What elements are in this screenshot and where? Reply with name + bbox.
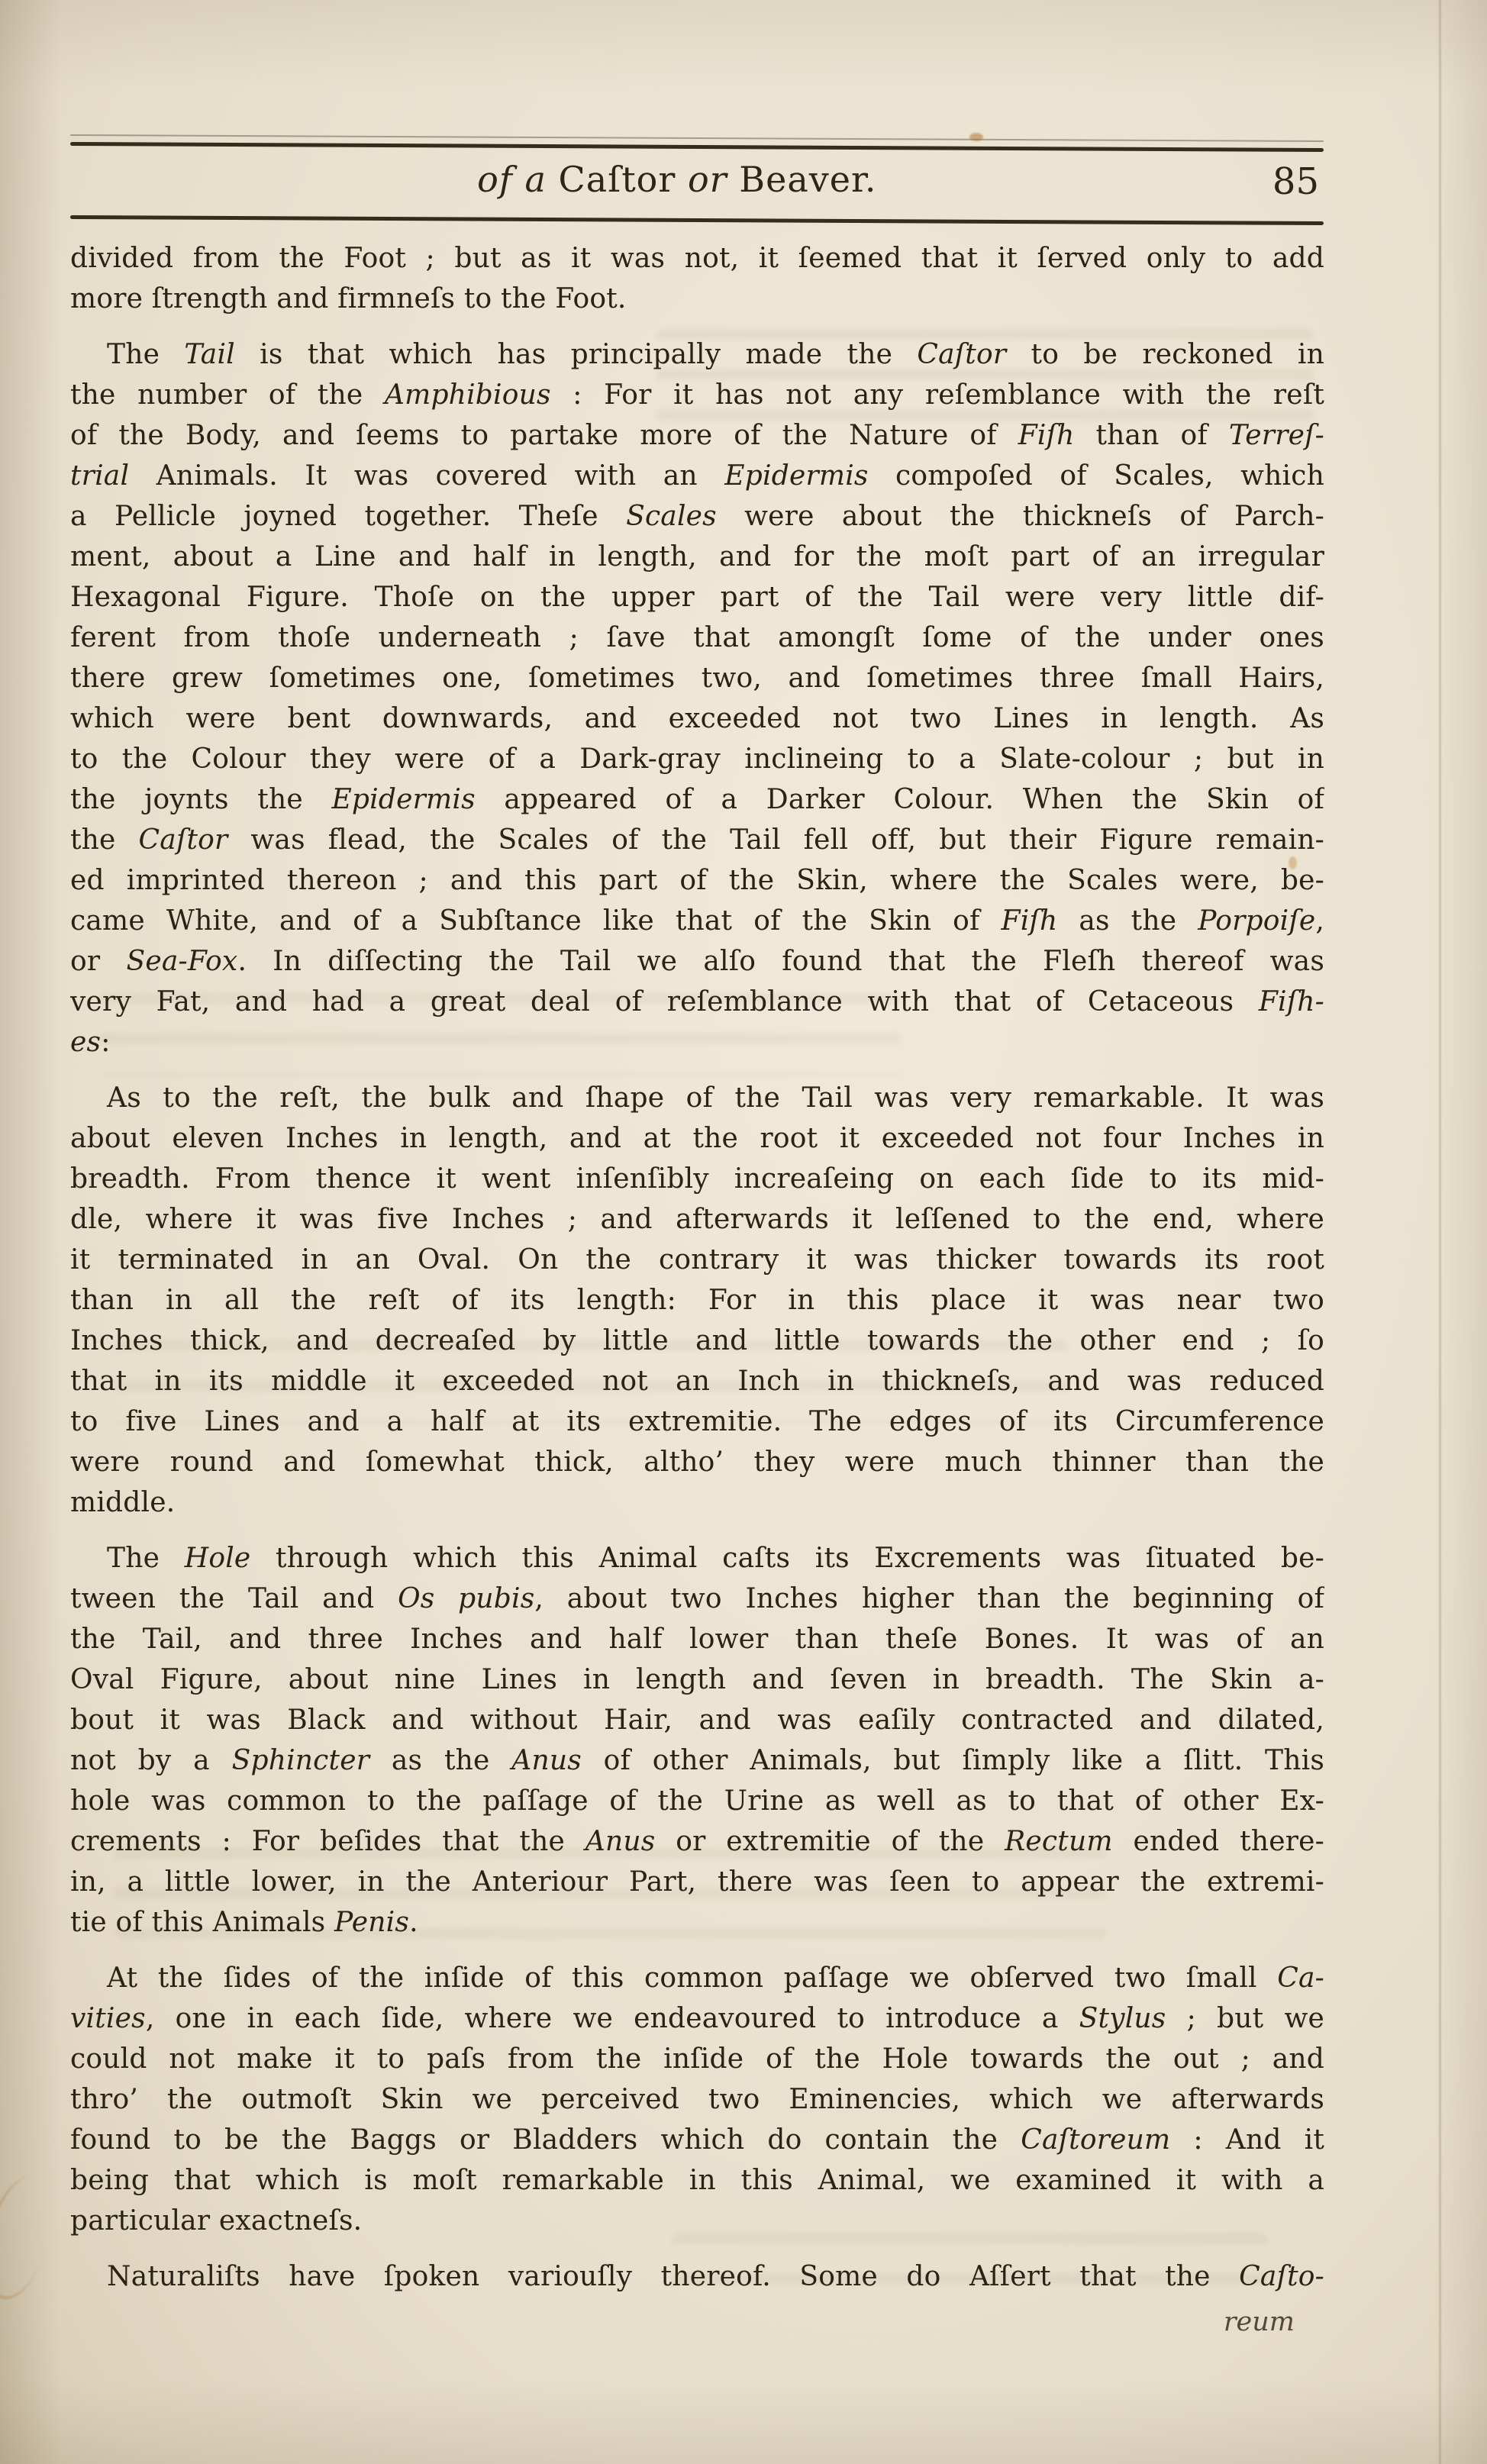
text-line: divided from the Foot ; but as it was no… <box>70 238 1324 279</box>
text-line: ment, about a Line and half in length, a… <box>70 537 1324 577</box>
text-run: not by a <box>70 1745 232 1776</box>
text-run: or extremitie of the <box>655 1826 1005 1857</box>
text-run: came White, and of a Subſtance like that… <box>70 905 1002 937</box>
text-run: Porpoiſe <box>1198 905 1315 937</box>
text-run: very Fat, and had a great deal of reſemb… <box>70 986 1259 1018</box>
text-run: about eleven Inches in length, and at th… <box>70 1123 1324 1154</box>
text-run: Sphincter <box>232 1745 370 1776</box>
text-line: being that which is moſt remarkable in t… <box>70 2160 1324 2201</box>
text-run: Scales <box>626 501 717 532</box>
text-run: Epidermis <box>724 460 868 492</box>
text-line: or Sea-Fox. In diſſecting the Tail we al… <box>70 941 1324 982</box>
text-run: as the <box>1057 905 1198 937</box>
text-run: a Pellicle joyned together. Theſe <box>70 501 626 532</box>
text-run: which were bent downwards, and exceeded … <box>70 703 1324 734</box>
text-run: Tail <box>184 339 235 370</box>
text-run: Beaver. <box>739 159 876 200</box>
text-line: At the ſides of the inſide of this commo… <box>70 1958 1324 1998</box>
text-line: Oval Figure, about nine Lines in length … <box>70 1659 1324 1700</box>
text-line: crements : For beſides that the Anus or … <box>70 1821 1324 1862</box>
text-run: vities <box>70 2003 146 2034</box>
text-line: about eleven Inches in length, and at th… <box>70 1118 1324 1159</box>
text-run: being that which is moſt remarkable in t… <box>70 2165 1324 2196</box>
text-run: to five Lines and a half at its extremit… <box>70 1406 1324 1437</box>
text-line: the joynts the Epidermis appeared of a D… <box>70 779 1324 820</box>
text-run: Os pubis <box>398 1583 534 1614</box>
text-run: the <box>70 824 139 856</box>
text-run: Hexagonal Figure. Thoſe on the upper par… <box>70 582 1324 613</box>
text-run: Fiſh <box>1018 420 1075 451</box>
text-run: of other Animals, but ſimply like a ſlit… <box>582 1745 1324 1776</box>
text-run: crements : For beſides that the <box>70 1826 585 1857</box>
text-run: is that which has principally made the <box>235 339 917 370</box>
text-run: hole was common to the paſſage of the Ur… <box>70 1785 1324 1817</box>
text-line: in, a little lower, in the Anteriour Par… <box>70 1862 1324 1902</box>
paragraph: divided from the Foot ; but as it was no… <box>70 238 1324 319</box>
text-run: the number of the <box>70 379 385 411</box>
text-line: Hexagonal Figure. Thoſe on the upper par… <box>70 577 1324 618</box>
text-line: As to the reſt, the bulk and ſhape of th… <box>70 1078 1324 1118</box>
text-run: , <box>1315 905 1324 937</box>
text-run: there grew ſometimes one, ſometimes two,… <box>70 663 1324 694</box>
text-line: dle, where it was five Inches ; and afte… <box>70 1199 1324 1240</box>
text-run: was flead, the Scales of the Tail fell o… <box>227 824 1324 856</box>
text-run: . <box>409 1907 418 1938</box>
text-run: Animals. It was covered with an <box>129 460 724 492</box>
text-line: tie of this Animals Penis. <box>70 1902 1324 1943</box>
text-line: the Tail, and three Inches and half lowe… <box>70 1619 1324 1659</box>
text-run: Fiſh <box>1002 905 1058 937</box>
text-line: vities, one in each ſide, where we endea… <box>70 1998 1324 2039</box>
text-run: compoſed of Scales, which <box>869 460 1324 492</box>
text-run: Sea-Fox <box>126 946 237 977</box>
catchword: reum <box>1224 2307 1295 2337</box>
text-line: could not make it to paſs from the inſid… <box>70 2039 1324 2079</box>
text-line: The Hole through which this Animal caſts… <box>70 1538 1324 1579</box>
text-run: tween the Tail and <box>70 1583 398 1614</box>
text-run: Caſtor <box>917 339 1006 370</box>
paragraph: At the ſides of the inſide of this commo… <box>70 1958 1324 2241</box>
text-line: the number of the Amphibious : For it ha… <box>70 375 1324 415</box>
running-head: of a Caſtor or Beaver. 85 <box>70 156 1324 209</box>
text-run: appeared of a Darker Colour. When the Sk… <box>476 784 1324 815</box>
text-line: thro’ the outmoſt Skin we perceived two … <box>70 2079 1324 2120</box>
text-run: es <box>70 1027 101 1058</box>
foxing-stain <box>969 133 983 141</box>
header-rule-top <box>70 142 1324 152</box>
text-run: in, a little lower, in the Anteriour Par… <box>70 1866 1324 1898</box>
text-line: more ſtrength and firmneſs to the Foot. <box>70 279 1324 319</box>
text-run: of a <box>477 159 558 200</box>
text-run: ed imprinted thereon ; and this part of … <box>70 865 1324 896</box>
text-run: through which this Animal caſts its Excr… <box>250 1543 1324 1574</box>
text-line: that in its middle it exceeded not an In… <box>70 1361 1324 1401</box>
text-line: Inches thick, and decreaſed by little an… <box>70 1321 1324 1361</box>
text-run: middle. <box>70 1487 175 1518</box>
text-run: it terminated in an Oval. On the contrar… <box>70 1244 1324 1276</box>
text-run: more ſtrength and firmneſs to the Foot. <box>70 283 627 314</box>
text-run: breadth. From thence it went inſenſibly … <box>70 1163 1324 1195</box>
text-line: not by a Sphincter as the Anus of other … <box>70 1740 1324 1781</box>
text-run: Terreſ- <box>1229 420 1324 451</box>
text-run: Penis <box>334 1907 409 1938</box>
text-line: the Caſtor was flead, the Scales of the … <box>70 820 1324 860</box>
text-run: , about two Inches higher than the begin… <box>534 1583 1324 1614</box>
text-run: Fiſh- <box>1259 986 1324 1018</box>
text-run: found to be the Baggs or Bladders which … <box>70 2124 1021 2156</box>
text-line: which were bent downwards, and exceeded … <box>70 698 1324 739</box>
text-line: than in all the reſt of its length: For … <box>70 1280 1324 1321</box>
text-run: or <box>688 159 739 200</box>
text-line: were round and ſomewhat thick, altho’ th… <box>70 1442 1324 1482</box>
text-run: : And it <box>1170 2124 1324 2156</box>
text-run: dle, where it was five Inches ; and afte… <box>70 1204 1324 1235</box>
text-run: Naturaliſts have ſpoken variouſly thereo… <box>107 2261 1239 2292</box>
text-run: that in its middle it exceeded not an In… <box>70 1366 1324 1397</box>
text-line: of the Body, and ſeems to partake more o… <box>70 415 1324 456</box>
text-run: ferent from thoſe underneath ; ſave that… <box>70 622 1324 653</box>
text-run: of the Body, and ſeems to partake more o… <box>70 420 1018 451</box>
text-run: or <box>70 946 126 977</box>
text-run: Anus <box>511 1745 582 1776</box>
text-line: to five Lines and a half at its extremit… <box>70 1401 1324 1442</box>
text-run: Caſto- <box>1239 2261 1324 2292</box>
text-run: Rectum <box>1005 1826 1113 1857</box>
text-run: : For it has not any reſemblance with th… <box>551 379 1324 411</box>
text-run: Anus <box>585 1826 656 1857</box>
text-line: hole was common to the paſſage of the Ur… <box>70 1781 1324 1821</box>
text-run: trial <box>70 460 129 492</box>
paragraph: The Tail is that which has principally m… <box>70 334 1324 1063</box>
text-run: as the <box>369 1745 511 1776</box>
text-run: Hole <box>185 1543 251 1574</box>
text-line: bout it was Black and without Hair, and … <box>70 1700 1324 1740</box>
text-run: were round and ſomewhat thick, altho’ th… <box>70 1446 1324 1478</box>
text-run: Amphibious <box>385 379 551 411</box>
text-run: to the Colour they were of a Dark-gray i… <box>70 743 1324 775</box>
text-run: were about the thickneſs of Parch- <box>717 501 1324 532</box>
text-run: the Tail, and three Inches and half lowe… <box>70 1624 1324 1655</box>
text-line: a Pellicle joyned together. Theſe Scales… <box>70 496 1324 537</box>
text-line: tween the Tail and Os pubis, about two I… <box>70 1579 1324 1619</box>
book-page: of a Caſtor or Beaver. 85 divided from t… <box>0 0 1487 2464</box>
text-run: tie of this Animals <box>70 1907 334 1938</box>
text-line: Naturaliſts have ſpoken variouſly thereo… <box>70 2256 1324 2297</box>
text-run: ment, about a Line and half in length, a… <box>70 541 1324 572</box>
text-run: thro’ the outmoſt Skin we perceived two … <box>70 2084 1324 2115</box>
text-line: ferent from thoſe underneath ; ſave that… <box>70 618 1324 658</box>
ink-smudge <box>0 2170 62 2306</box>
text-line: middle. <box>70 1482 1324 1523</box>
text-run: Caſtoreum <box>1021 2124 1170 2156</box>
text-run: Ca- <box>1277 1962 1324 1994</box>
text-line: The Tail is that which has principally m… <box>70 334 1324 375</box>
text-line: found to be the Baggs or Bladders which … <box>70 2120 1324 2160</box>
text-run: than of <box>1075 420 1229 451</box>
text-line: there grew ſometimes one, ſometimes two,… <box>70 658 1324 698</box>
text-line: came White, and of a Subſtance like that… <box>70 901 1324 941</box>
page-number: 85 <box>1272 159 1319 205</box>
page-edge-crease <box>1438 0 1442 2464</box>
text-run: As to the reſt, the bulk and ſhape of th… <box>107 1082 1324 1114</box>
text-run: The <box>107 1543 185 1574</box>
text-run: Caſtor <box>139 824 228 856</box>
text-block: divided from the Foot ; but as it was no… <box>70 238 1324 2312</box>
text-run: Inches thick, and decreaſed by little an… <box>70 1325 1324 1356</box>
paragraph: Naturaliſts have ſpoken variouſly thereo… <box>70 2256 1324 2297</box>
text-run: than in all the reſt of its length: For … <box>70 1285 1324 1316</box>
paragraph: As to the reſt, the bulk and ſhape of th… <box>70 1078 1324 1523</box>
header-rule-bottom <box>70 215 1324 225</box>
text-run: The <box>107 339 184 370</box>
running-head-title: of a Caſtor or Beaver. <box>477 156 876 203</box>
header-rule-thin <box>70 134 1324 142</box>
text-run: : <box>101 1027 110 1058</box>
text-run: could not make it to paſs from the inſid… <box>70 2043 1324 2075</box>
text-run: Epidermis <box>331 784 475 815</box>
text-line: particular exactneſs. <box>70 2201 1324 2241</box>
text-run: Oval Figure, about nine Lines in length … <box>70 1664 1324 1695</box>
foxing-stain <box>1289 856 1297 869</box>
text-run: divided from the Foot ; but as it was no… <box>70 243 1324 274</box>
text-line: breadth. From thence it went inſenſibly … <box>70 1159 1324 1199</box>
text-run: Stylus <box>1079 2003 1166 2034</box>
text-line: es: <box>70 1022 1324 1063</box>
text-run: bout it was Black and without Hair, and … <box>70 1704 1324 1736</box>
text-line: it terminated in an Oval. On the contrar… <box>70 1240 1324 1280</box>
text-run: . In diſſecting the Tail we alſo found t… <box>237 946 1324 977</box>
text-run: the joynts the <box>70 784 331 815</box>
text-line: to the Colour they were of a Dark-gray i… <box>70 739 1324 779</box>
text-run: ended there- <box>1113 1826 1324 1857</box>
text-run: Caſtor <box>559 159 688 200</box>
text-run: ; but we <box>1166 2003 1324 2034</box>
text-run: particular exactneſs. <box>70 2205 362 2237</box>
text-line: ed imprinted thereon ; and this part of … <box>70 860 1324 901</box>
text-line: trial Animals. It was covered with an Ep… <box>70 456 1324 496</box>
text-run: , one in each ſide, where we endeavoured… <box>146 2003 1079 2034</box>
text-line: very Fat, and had a great deal of reſemb… <box>70 982 1324 1022</box>
paragraph: The Hole through which this Animal caſts… <box>70 1538 1324 1943</box>
text-run: At the ſides of the inſide of this commo… <box>107 1962 1277 1994</box>
text-run: to be reckoned in <box>1006 339 1324 370</box>
